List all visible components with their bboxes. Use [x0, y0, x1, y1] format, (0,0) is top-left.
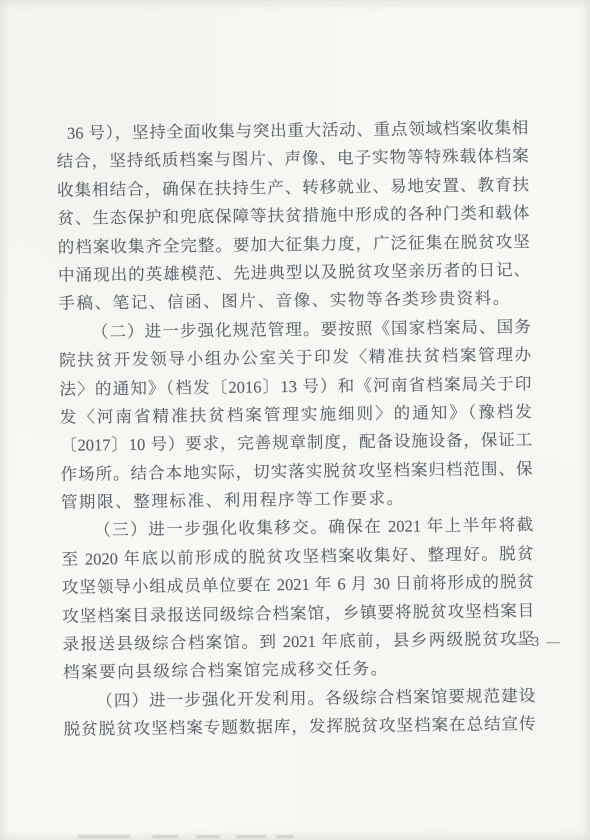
text-line: 脱贫脱贫攻坚档案专题数据库，发挥脱贫攻坚档案在总结宣传	[63, 710, 535, 744]
text-line: 作场所。结合本地实际，切实落实脱贫攻坚档案归档范围、保	[60, 455, 532, 489]
scanned-page: 36 号），坚持全面收集与突出重大活动、重点领域档案收集相结合，坚持纸质档案与图…	[0, 0, 590, 840]
page-number: — 3 —	[512, 634, 563, 650]
document-body: 36 号），坚持全面收集与突出重大活动、重点领域档案收集相结合，坚持纸质档案与图…	[56, 114, 536, 744]
